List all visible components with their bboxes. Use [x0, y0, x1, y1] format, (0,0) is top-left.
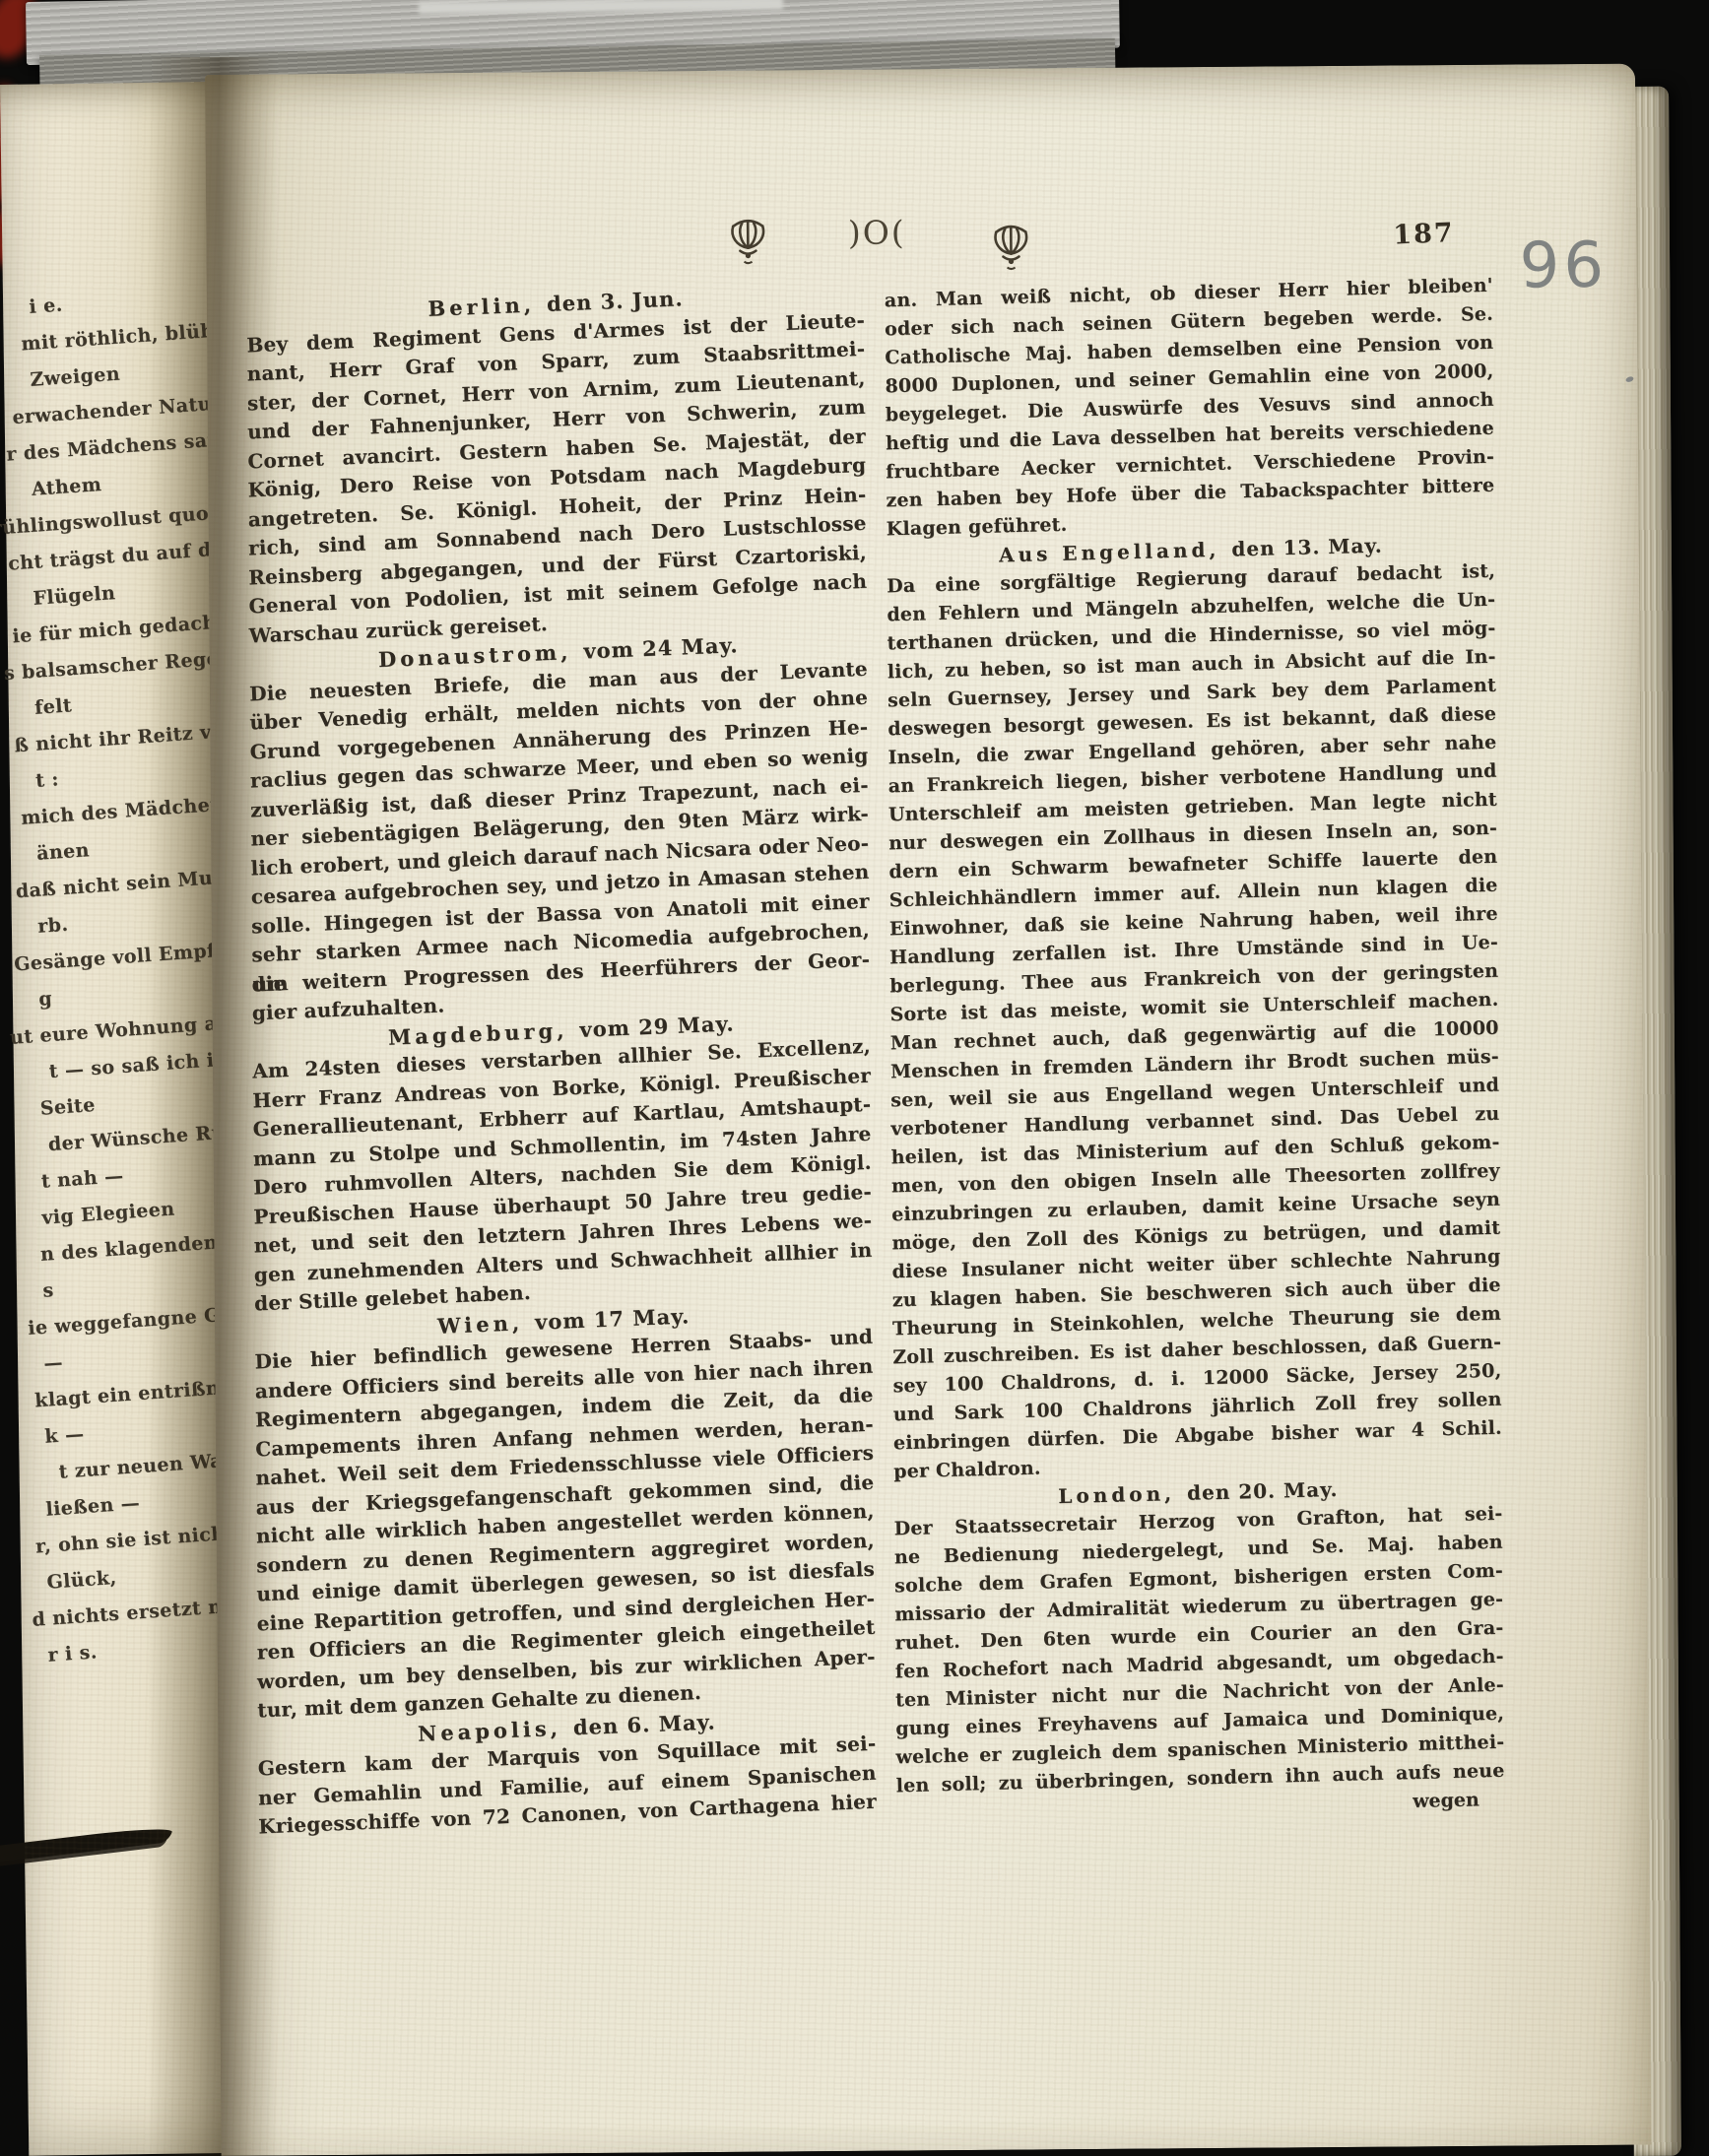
text-fragment: k —: [44, 1423, 85, 1448]
news-section: Donaustrom,vom 24 May. Die neuesten Brie…: [248, 625, 870, 1008]
shell-ornament-icon: [726, 219, 769, 270]
section-body: Die hier befindlich gewesene Herren Staa…: [254, 1323, 876, 1705]
left-column: Berlin,den 3. Jun. Bey dem Regiment Gens…: [246, 277, 877, 1821]
text-fragment: ließen —: [45, 1492, 141, 1521]
stamped-folio-number: 96: [1519, 229, 1608, 303]
header-separator-mark: )O(: [841, 213, 912, 252]
text-fragment: felt: [33, 694, 72, 719]
book-scan-page: i e. mit röthlich, blühn Zweigen erwache…: [0, 0, 1709, 2156]
section-body: Die neuesten Briefe, die man aus der Lev…: [249, 654, 871, 1008]
dateline-date: den 13. May.: [1231, 534, 1383, 561]
dateline-date: den 6. May.: [572, 1709, 716, 1739]
text-fragment: t :: [34, 768, 59, 792]
shell-ornament-icon: [989, 224, 1032, 275]
section-body: Der Staatssecretair Herzog von Grafton, …: [893, 1500, 1504, 1791]
dateline-date: den 20. May.: [1187, 1477, 1339, 1505]
news-section: Aus Engelland,den 13. May. Da eine sorgf…: [887, 529, 1502, 1476]
right-column: an. Man weiß nicht, ob dieser Herr hier …: [885, 272, 1505, 1819]
text-fragment: i e.: [29, 294, 64, 317]
text-fragment: r i s.: [47, 1641, 99, 1666]
text-fragment: der Wünsche Ruh: [47, 1120, 239, 1155]
dateline-date: den 3. Jun.: [547, 286, 685, 316]
dateline-place: Donaustrom,: [378, 639, 572, 672]
journal-page: )O( 187 96: [205, 64, 1652, 2156]
text-fragment: Glück,: [46, 1566, 117, 1593]
news-section: Berlin,den 3. Jun. Bey dem Regiment Gens…: [246, 277, 868, 630]
text-fragment: Zweigen: [30, 362, 121, 390]
printed-page-number: 187: [1393, 218, 1456, 251]
news-section: Magdeburg,vom 29 May. Am 24sten dieses v…: [251, 1003, 872, 1298]
dateline-place: Aus Engelland,: [999, 538, 1220, 567]
section-body: Am 24sten dieses verstarben allhier Se. …: [252, 1032, 873, 1298]
news-section: an. Man weiß nicht, ob dieser Herr hier …: [885, 272, 1495, 534]
news-section: London,den 20. May. Der Staatssecretair …: [893, 1471, 1505, 1819]
dateline-place: Wien,: [437, 1310, 524, 1339]
text-fragment: vig Elegieen: [41, 1198, 175, 1228]
text-fragment: t nah —: [40, 1164, 124, 1192]
text-fragment: s: [42, 1279, 55, 1302]
news-section: Wien,vom 17 May. Die hier befindlich gew…: [254, 1293, 876, 1705]
dateline-date: vom 29 May.: [579, 1011, 735, 1041]
ink-dot: [1625, 375, 1634, 382]
tailpiece-smudge: [0, 1824, 174, 1865]
text-fragment: Athem: [31, 473, 102, 499]
section-body: an. Man weiß nicht, ob dieser Herr hier …: [885, 272, 1495, 534]
dateline-place: Berlin,: [427, 292, 536, 320]
text-fragment: Flügeln: [33, 582, 116, 610]
dateline-date: vom 17 May.: [535, 1303, 690, 1334]
text-fragment: g: [38, 987, 53, 1010]
text-fragment: rb.: [36, 913, 69, 937]
dateline-place: London,: [1058, 1481, 1175, 1508]
section-body: Bey dem Regiment Gens d'Armes ist der Li…: [246, 305, 868, 629]
text-fragment: t — so saß ich ihr: [48, 1047, 239, 1081]
text-fragment: änen: [35, 839, 90, 865]
text-fragment: —: [43, 1351, 64, 1374]
text-fragment: Seite: [39, 1093, 96, 1119]
dateline-date: vom 24 May.: [583, 632, 739, 663]
dateline-place: Neapolis,: [418, 1715, 562, 1745]
section-body: Da eine sorgfältige Regierung darauf bed…: [887, 557, 1502, 1476]
